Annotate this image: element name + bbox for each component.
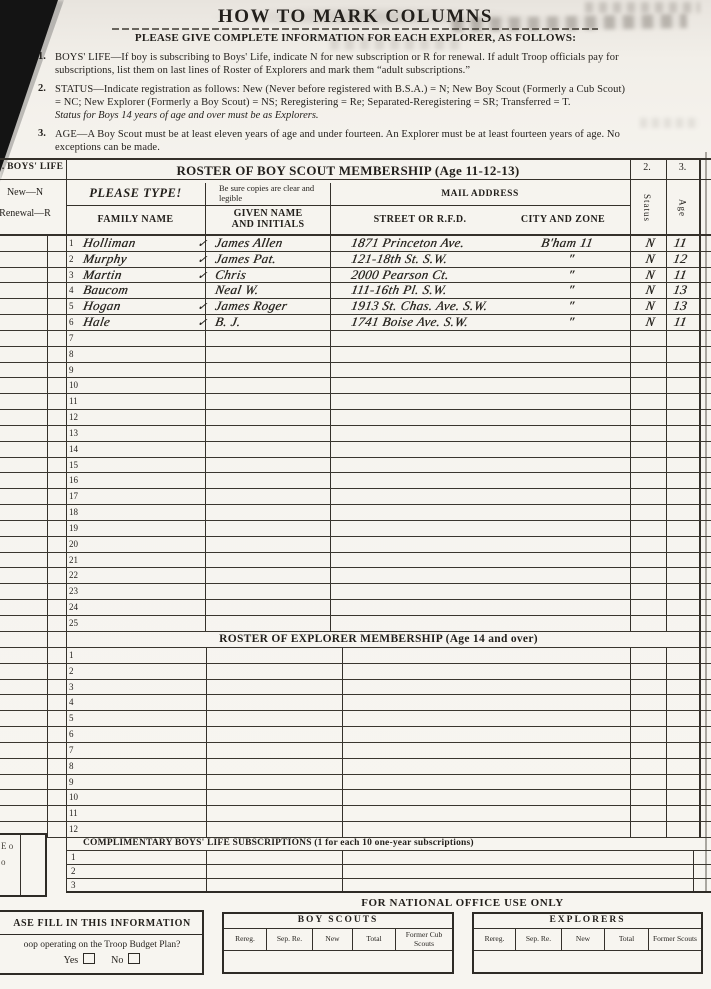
roster-row[interactable]: 18 [0, 505, 711, 521]
explorer-row[interactable]: 4 [0, 695, 711, 711]
roster-row[interactable]: 12 [0, 410, 711, 426]
explorer-row[interactable]: 11 [0, 806, 711, 822]
no-checkbox[interactable] [128, 953, 140, 964]
tally-column-header: Total [353, 929, 396, 950]
explorer-row[interactable]: 7 [0, 743, 711, 759]
roster-rows: 1Holliman✓James Allen1871 Princeton Ave.… [0, 236, 711, 632]
status-label: Status [642, 194, 652, 222]
roster-row[interactable]: 24 [0, 600, 711, 616]
boys-life-column-header: 1. BOYS' LIFE [0, 162, 67, 172]
status-column-header: Status [630, 182, 664, 234]
age-entry: 11 [663, 314, 698, 329]
tally-column-header: New [562, 929, 605, 950]
status-entry: N [636, 235, 665, 250]
explorer-row[interactable]: 8 [0, 759, 711, 775]
row-number: 1 [69, 650, 74, 661]
given-name-entry: B. J. [214, 314, 242, 329]
row-number: 10 [69, 380, 78, 391]
tally-column-header: Rereg. [474, 929, 516, 950]
roster-row[interactable]: 9 [0, 363, 711, 379]
check-mark: ✓ [196, 253, 208, 268]
roster-row[interactable]: 2Murphy✓James Pat.121-18th St. S.W.″N12 [0, 252, 711, 268]
row-number: 6 [69, 317, 74, 328]
row-number: 5 [69, 713, 74, 724]
city-entry: B'ham 11 [540, 235, 594, 250]
row-number: 4 [69, 697, 74, 708]
instructions: 1.BOYS' LIFE—If boy is subscribing to Bo… [38, 51, 678, 160]
column-2-number: 2. [630, 162, 664, 173]
national-office-title: FOR NATIONAL OFFICE USE ONLY [222, 897, 703, 909]
explorer-rows: 123456789101112 [0, 648, 711, 838]
legibility-note: Be sure copies are clear and legible [213, 184, 323, 203]
street-entry: 2000 Pearson Ct. [350, 267, 450, 282]
street-entry: 111-16th Pl. S.W. [350, 282, 448, 297]
roster-row[interactable]: 21 [0, 553, 711, 569]
given-name-entry: James Allen [214, 235, 284, 250]
row-number: 12 [69, 824, 78, 835]
tally-column-header: Former Scouts [649, 929, 701, 950]
roster-row[interactable]: 6Hale✓B. J.1741 Boise Ave. S.W.″N11 [0, 315, 711, 331]
row-number: 3 [71, 880, 76, 890]
row-number: 2 [69, 254, 74, 265]
city-header: CITY AND ZONE [498, 214, 628, 225]
roster-row[interactable]: 7 [0, 331, 711, 347]
roster-row[interactable]: 19 [0, 521, 711, 537]
mail-address-header: MAIL ADDRESS [332, 189, 628, 199]
given-name-entry: Neal W. [214, 282, 260, 297]
instruction-number: 3. [38, 128, 46, 139]
instruction-text: AGE—A Boy Scout must be at least eleven … [55, 128, 630, 154]
grid-line [0, 158, 711, 160]
street-header: STREET OR R.F.D. [340, 214, 500, 225]
row-number: 13 [69, 428, 78, 439]
row-number: 1 [71, 852, 76, 862]
status-entry: N [636, 298, 665, 313]
family-name-entry: Hogan [82, 298, 122, 313]
roster-row[interactable]: 10 [0, 378, 711, 394]
city-entry: ″ [567, 298, 575, 313]
yes-no-row: YesNo [0, 953, 202, 966]
roster-row[interactable]: 13 [0, 426, 711, 442]
row-number: 20 [69, 539, 78, 550]
city-entry: ″ [567, 251, 575, 266]
tally-column-header: Sep. Re. [516, 929, 562, 950]
explorer-row[interactable]: 12 [0, 822, 711, 838]
grid-line [66, 205, 630, 206]
age-label: Age [678, 199, 688, 217]
row-number: 6 [69, 729, 74, 740]
age-entry: 13 [663, 282, 698, 297]
no-label: No [111, 955, 123, 966]
budget-plan-question: oop operating on the Troop Budget Plan? [0, 940, 202, 950]
given-name-entry: Chris [214, 267, 248, 282]
status-entry: N [636, 282, 665, 297]
tally-column-header: Total [605, 929, 649, 950]
form-subtitle: PLEASE GIVE COMPLETE INFORMATION FOR EAC… [0, 32, 711, 44]
complimentary-row[interactable]: 2 [66, 865, 711, 879]
boy-scouts-tally-title: BOY SCOUTS [224, 914, 452, 929]
age-entry: 12 [663, 251, 698, 266]
roster-row[interactable]: 14 [0, 442, 711, 458]
row-number: 11 [69, 396, 78, 407]
age-entry: 11 [663, 235, 698, 250]
yes-checkbox[interactable] [83, 953, 95, 964]
explorer-row[interactable]: 2 [0, 664, 711, 680]
row-number: 24 [69, 602, 78, 613]
status-entry: N [636, 251, 665, 266]
tally-column-header: Former Cub Scouts [396, 929, 452, 950]
row-number: 7 [69, 333, 74, 344]
complimentary-title: COMPLIMENTARY BOYS' LIFE SUBSCRIPTIONS (… [66, 838, 711, 851]
given-name-header: GIVEN NAME AND INITIALS [222, 208, 314, 230]
family-name-entry: Martin [82, 267, 123, 282]
row-number: 9 [69, 365, 74, 376]
explorers-columns: Rereg.Sep. Re.NewTotalFormer Scouts [474, 929, 701, 951]
family-name-entry: Hale [82, 314, 112, 329]
scanned-form-page: HOW TO MARK COLUMNS PLEASE GIVE COMPLETE… [0, 0, 711, 989]
row-number: 12 [69, 412, 78, 423]
row-number: 9 [69, 777, 74, 788]
row-number: 17 [69, 491, 78, 502]
check-mark: ✓ [196, 237, 208, 252]
roster-row[interactable]: 22 [0, 568, 711, 584]
roster-row[interactable]: 1Holliman✓James Allen1871 Princeton Ave.… [0, 236, 711, 252]
column-3-number: 3. [666, 162, 699, 173]
complimentary-row[interactable]: 3 [66, 879, 711, 893]
given-name-entry: James Roger [214, 298, 289, 313]
roster-row[interactable]: 17 [0, 489, 711, 505]
status-entry: N [636, 314, 665, 329]
city-entry: ″ [567, 282, 575, 297]
row-number: 15 [69, 460, 78, 471]
row-number: 21 [69, 555, 78, 566]
row-number: 8 [69, 761, 74, 772]
family-name-entry: Holliman [82, 235, 137, 250]
roster-row[interactable]: 25 [0, 616, 711, 632]
tally-column-header: Rereg. [224, 929, 267, 950]
status-entry: N [636, 267, 665, 282]
boy-scouts-tally-box: BOY SCOUTS Rereg.Sep. Re.NewTotalFormer … [222, 912, 454, 974]
boy-scouts-columns: Rereg.Sep. Re.NewTotalFormer Cub Scouts [224, 929, 452, 951]
info-box-title: ASE FILL IN THIS INFORMATION [0, 918, 202, 929]
row-number: 3 [69, 682, 74, 693]
row-number: 11 [69, 808, 78, 819]
row-number: 2 [71, 866, 76, 876]
roster-row[interactable]: 5Hogan✓James Roger1913 St. Chas. Ave. S.… [0, 299, 711, 315]
row-number: 1 [69, 238, 74, 249]
row-number: 4 [69, 285, 74, 296]
grid-line [20, 833, 21, 895]
grid-line [0, 179, 711, 180]
new-label: New—N [0, 187, 50, 198]
form-title: HOW TO MARK COLUMNS [0, 6, 711, 28]
explorer-row[interactable]: 5 [0, 711, 711, 727]
city-entry: ″ [567, 314, 575, 329]
renewal-label: Renewal—R [0, 208, 53, 219]
explorer-row[interactable]: 3 [0, 680, 711, 696]
instruction-item: 1.BOYS' LIFE—If boy is subscribing to Bo… [38, 51, 678, 77]
explorers-tally-title: EXPLORERS [474, 914, 701, 929]
please-type-note: PLEASE TYPE! [66, 186, 205, 201]
check-mark: ✓ [196, 269, 208, 284]
instruction-text: STATUS—Indicate registration as follows:… [55, 83, 630, 109]
age-entry: 13 [663, 298, 698, 313]
roster-title: ROSTER OF BOY SCOUT MEMBERSHIP (Age 11-1… [66, 163, 630, 179]
row-number: 22 [69, 570, 78, 581]
street-entry: 1913 St. Chas. Ave. S.W. [350, 298, 489, 313]
city-entry: ″ [567, 267, 575, 282]
street-entry: 1871 Princeton Ave. [350, 235, 466, 250]
explorer-row[interactable]: 9 [0, 775, 711, 791]
explorer-row[interactable]: 10 [0, 790, 711, 806]
yes-label: Yes [64, 955, 79, 966]
row-number: 2 [69, 666, 74, 677]
street-entry: 121-18th St. S.W. [350, 251, 449, 266]
age-entry: 11 [663, 267, 698, 282]
row-number: 10 [69, 792, 78, 803]
fill-in-information-box: ASE FILL IN THIS INFORMATION oop operati… [0, 910, 204, 975]
explorers-tally-box: EXPLORERS Rereg.Sep. Re.NewTotalFormer S… [472, 912, 703, 974]
row-number: 14 [69, 444, 78, 455]
instruction-item: 3.AGE—A Boy Scout must be at least eleve… [38, 128, 678, 154]
tally-column-header: Sep. Re. [267, 929, 313, 950]
roster-row[interactable]: 23 [0, 584, 711, 600]
divider [0, 934, 202, 935]
complimentary-row[interactable]: 1 [66, 851, 711, 865]
roster-row[interactable]: 11 [0, 394, 711, 410]
check-mark: ✓ [196, 316, 208, 331]
family-name-entry: Murphy [82, 251, 128, 266]
row-number: 3 [69, 270, 74, 281]
explorer-row[interactable]: 1 [0, 648, 711, 664]
given-name-entry: James Pat. [214, 251, 278, 266]
title-underline [112, 28, 598, 30]
check-mark: ✓ [196, 300, 208, 315]
instruction-note: Status for Boys 14 years of age and over… [55, 109, 678, 122]
cut-off-text: E o o [1, 838, 15, 870]
boy-scouts-tally-cells[interactable] [224, 951, 452, 972]
row-number: 5 [69, 301, 74, 312]
roster-row[interactable]: 8 [0, 347, 711, 363]
row-number: 8 [69, 349, 74, 360]
tally-column-header: New [313, 929, 353, 950]
family-name-entry: Baucom [82, 282, 130, 297]
complimentary-rows: 123 [66, 851, 711, 893]
roster-row[interactable]: 15 [0, 458, 711, 474]
row-number: 7 [69, 745, 74, 756]
row-number: 18 [69, 507, 78, 518]
instruction-text: BOYS' LIFE—If boy is subscribing to Boys… [55, 51, 630, 77]
explorer-roster-title: ROSTER OF EXPLORER MEMBERSHIP (Age 14 an… [0, 632, 711, 648]
roster-row[interactable]: 4BaucomNeal W.111-16th Pl. S.W.″N13 [0, 283, 711, 299]
instruction-item: 2.STATUS—Indicate registration as follow… [38, 83, 678, 122]
roster-row[interactable]: 16 [0, 473, 711, 489]
instruction-number: 1. [38, 51, 46, 62]
age-column-header: Age [666, 182, 699, 234]
row-number: 25 [69, 618, 78, 629]
explorers-tally-cells[interactable] [474, 951, 701, 972]
family-name-header: FAMILY NAME [66, 214, 205, 225]
row-number: 16 [69, 475, 78, 486]
explorer-row[interactable]: 6 [0, 727, 711, 743]
instruction-number: 2. [38, 83, 46, 94]
street-entry: 1741 Boise Ave. S.W. [350, 314, 470, 329]
row-number: 19 [69, 523, 78, 534]
roster-row[interactable]: 20 [0, 537, 711, 553]
row-number: 23 [69, 586, 78, 597]
